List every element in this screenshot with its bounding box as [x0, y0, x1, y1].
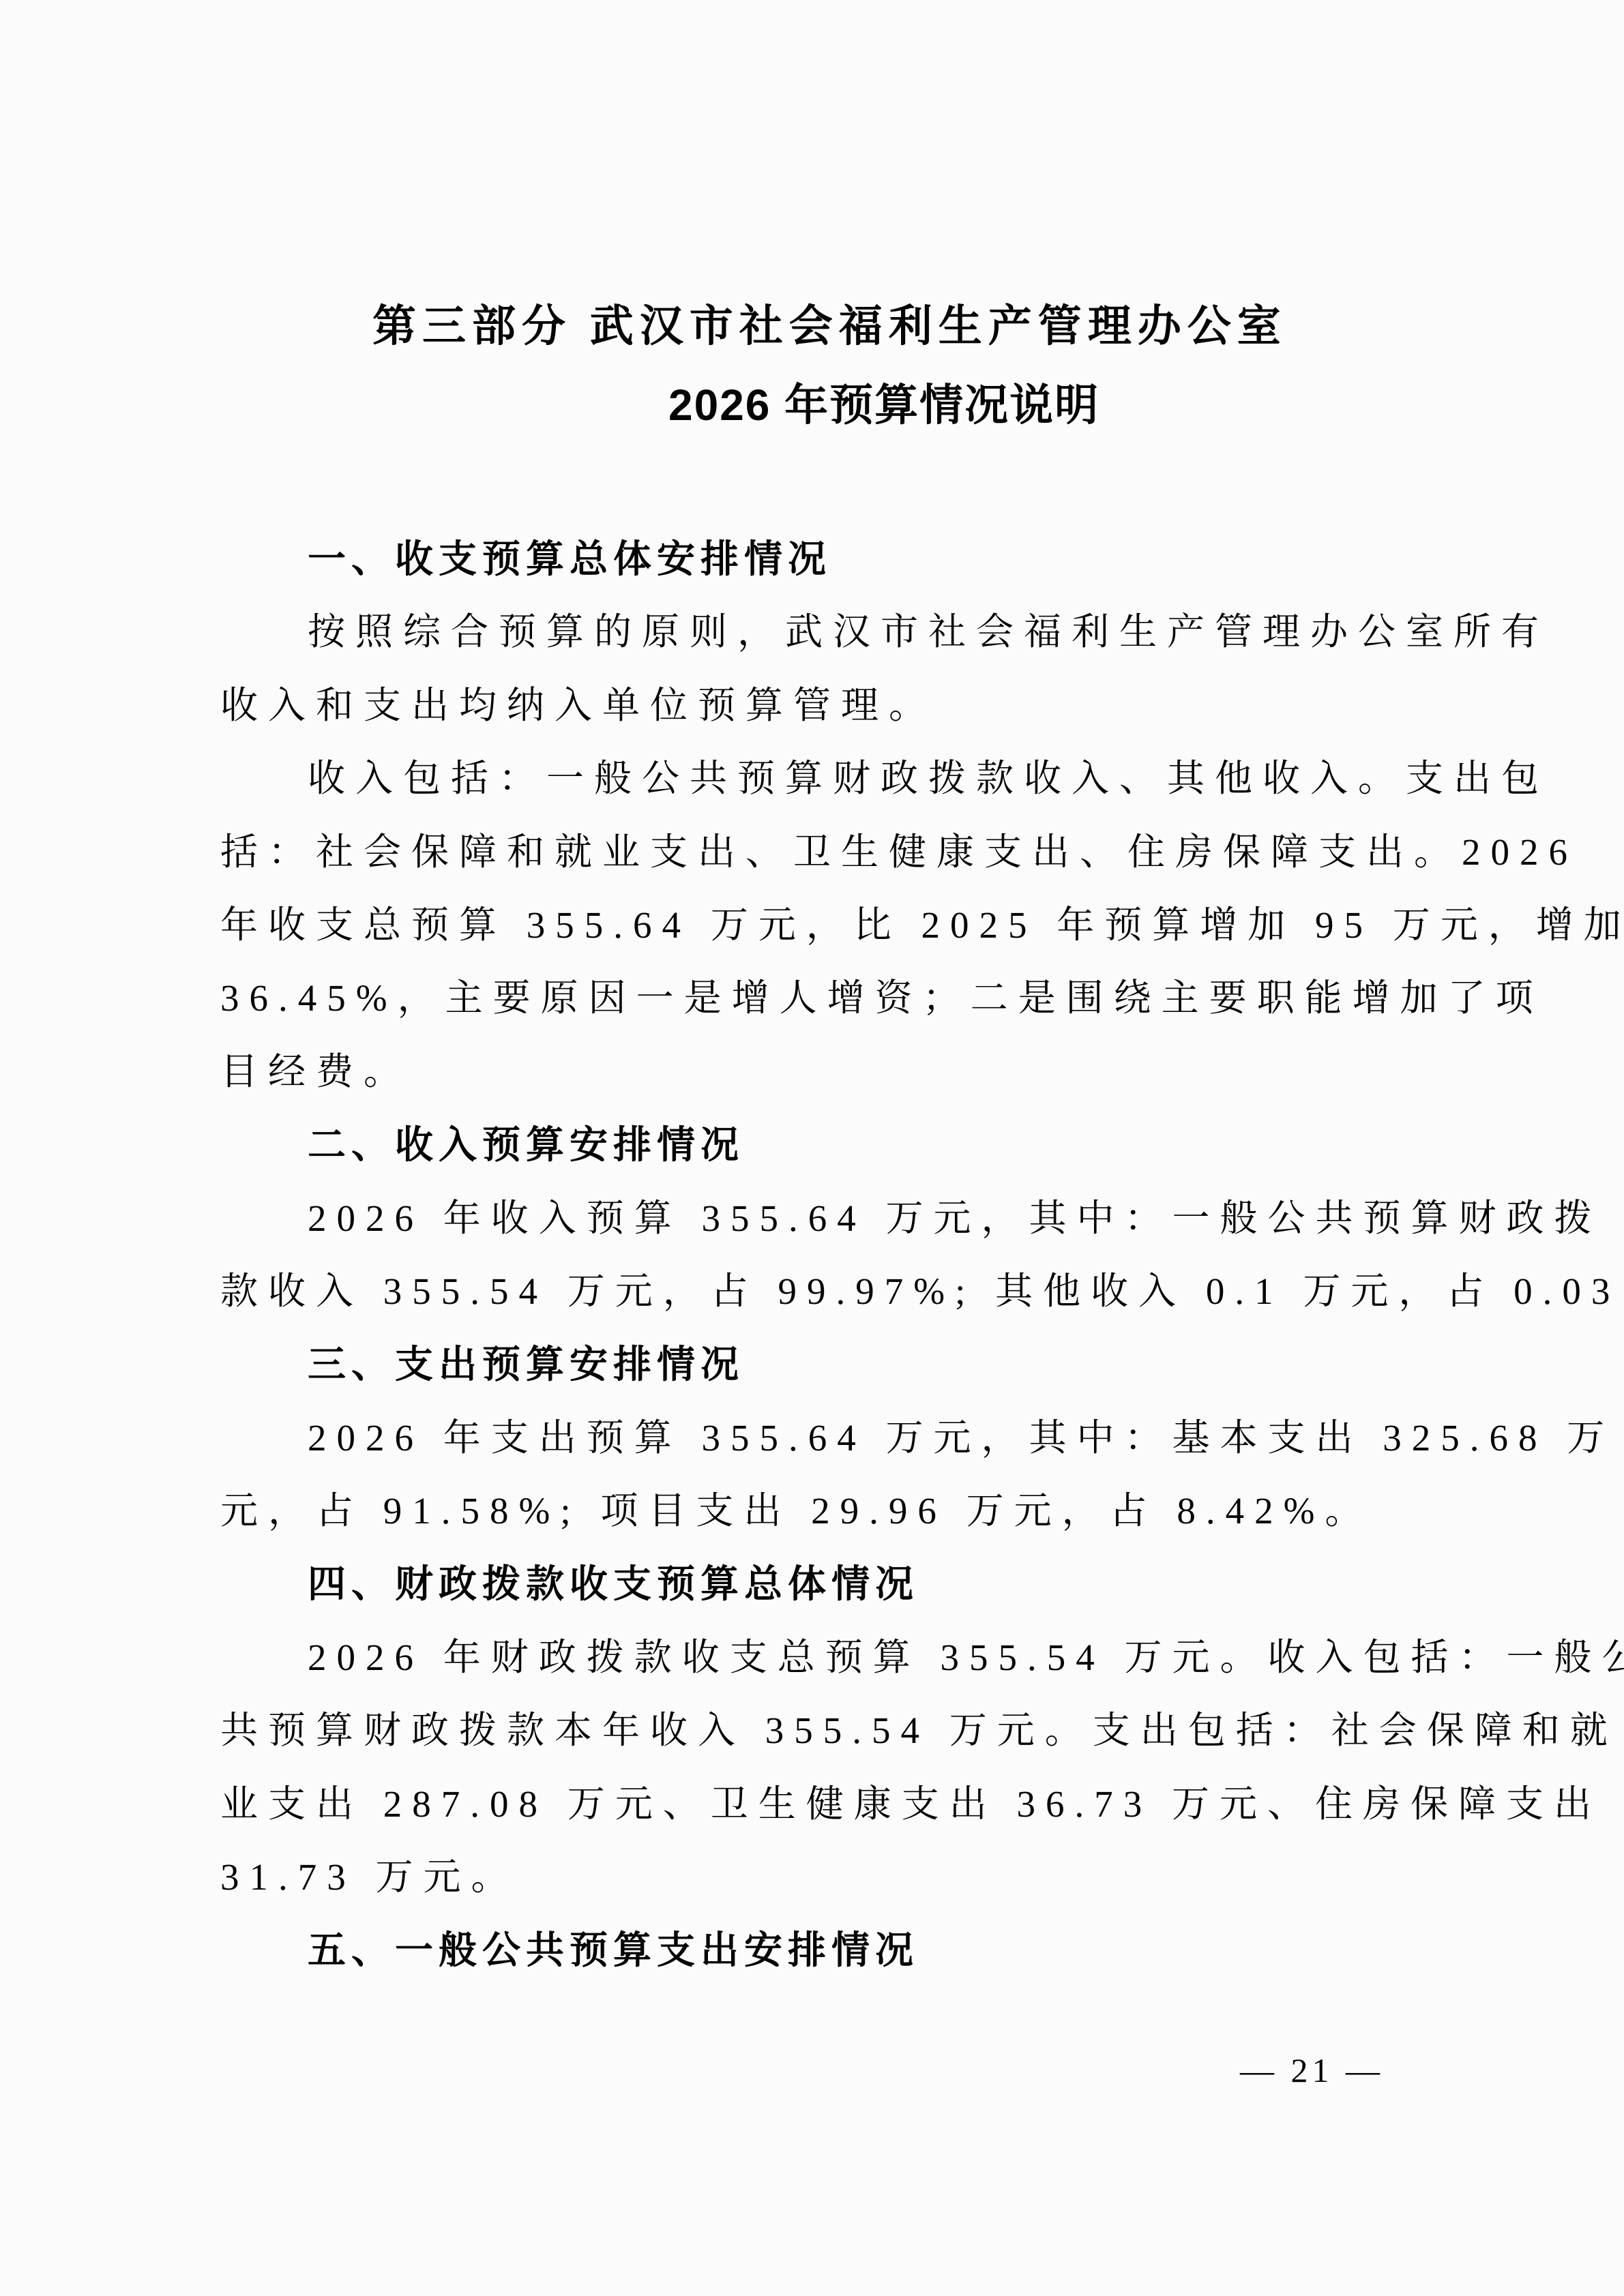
section-heading-2: 二、收入预算安排情况 — [220, 1108, 1456, 1181]
paragraph-line: 收入包括：一般公共预算财政拨款收入、其他收入。支出包 — [220, 742, 1456, 815]
paragraph-line: 收入和支出均纳入单位预算管理。 — [220, 669, 1456, 742]
section-heading-1: 一、收支预算总体安排情况 — [220, 522, 1456, 595]
paragraph-line: 共预算财政拨款本年收入 355.54 万元。支出包括：社会保障和就 — [220, 1694, 1456, 1767]
paragraph-line: 业支出 287.08 万元、卫生健康支出 36.73 万元、住房保障支出 — [220, 1768, 1456, 1840]
paragraph-line: 31.73 万元。 — [220, 1840, 1456, 1913]
page-number: — 21 — — [1240, 2049, 1384, 2091]
document-body: 一、收支预算总体安排情况 按照综合预算的原则，武汉市社会福利生产管理办公室所有 … — [220, 522, 1456, 1987]
document-title-line-2: 2026 年预算情况说明 — [668, 381, 1099, 430]
paragraph-line: 2026 年收入预算 355.64 万元，其中：一般公共预算财政拨 — [220, 1182, 1456, 1255]
section-heading-5: 五、一般公共预算支出安排情况 — [220, 1913, 1456, 1986]
section-heading-3: 三、支出预算安排情况 — [220, 1328, 1456, 1401]
paragraph-line: 目经费。 — [220, 1035, 1456, 1108]
paragraph-line: 年收支总预算 355.64 万元，比 2025 年预算增加 95 万元，增加 — [220, 889, 1456, 961]
paragraph-line: 2026 年财政拨款收支总预算 355.54 万元。收入包括：一般公 — [220, 1621, 1456, 1694]
paragraph-line: 括：社会保障和就业支出、卫生健康支出、住房保障支出。2026 — [220, 816, 1456, 889]
document-title-line-1: 第三部分 武汉市社会福利生产管理办公室 — [372, 301, 1287, 351]
paragraph-line: 按照综合预算的原则，武汉市社会福利生产管理办公室所有 — [220, 595, 1456, 668]
section-heading-4: 四、财政拨款收支预算总体情况 — [220, 1547, 1456, 1620]
paragraph-line: 款收入 355.54 万元，占 99.97%; 其他收入 0.1 万元，占 0.… — [220, 1255, 1456, 1328]
paragraph-line: 2026 年支出预算 355.64 万元，其中：基本支出 325.68 万 — [220, 1401, 1456, 1474]
paragraph-line: 36.45%，主要原因一是增人增资；二是围绕主要职能增加了项 — [220, 961, 1456, 1034]
paragraph-line: 元，占 91.58%; 项目支出 29.96 万元，占 8.42%。 — [220, 1474, 1456, 1547]
document-page: 第三部分 武汉市社会福利生产管理办公室 2026 年预算情况说明 一、收支预算总… — [0, 0, 1624, 2296]
